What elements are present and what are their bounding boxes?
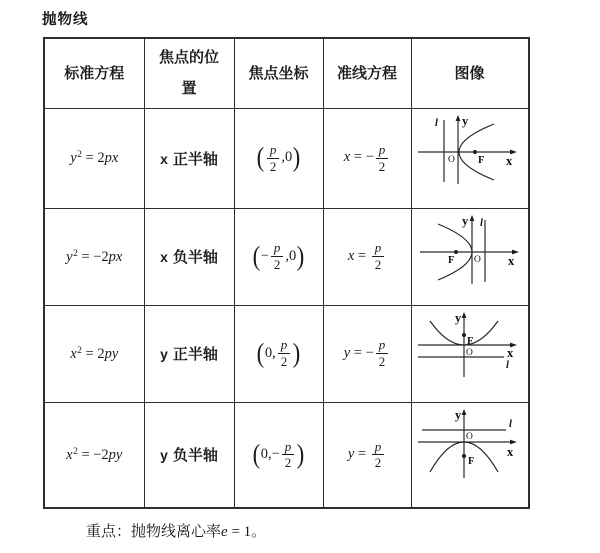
coordinates: (−p2,0) [252,248,306,264]
y-axis-arrow-icon [461,409,466,415]
axis-side: 负半轴 [173,447,218,464]
focus-dot [462,333,466,337]
origin-label: O [448,155,455,165]
focus-label: F [448,255,454,266]
parabola-table: 标准方程 焦点的位置 焦点坐标 准线方程 图像 y2 = 2px x正半轴 (p… [43,37,530,509]
cell-standard-equation: y2 = −2px [44,208,144,305]
focus-dot [462,454,466,458]
y-axis-label: y [462,214,469,228]
cell-directrix-equation: y = −p2 [323,305,411,402]
coordinates: (0,p2) [256,345,301,361]
equation: y2 = −2px [66,249,122,265]
y-axis-arrow-icon [469,215,474,221]
cell-directrix-equation: x = −p2 [323,108,411,208]
x-axis-label: x [507,346,514,360]
origin-label: O [474,255,481,265]
axis-letter: x [160,249,168,265]
focus-label: F [478,155,484,166]
focus-dot [454,250,458,254]
cell-focus-position: x负半轴 [144,208,234,305]
y-axis-arrow-icon [455,115,460,121]
key-point-note: 重点：抛物线离心率e = 1。 [86,520,600,541]
cell-focus-coordinates: (−p2,0) [234,208,323,305]
parabola-graph-opens-up: y x l F O [414,311,526,385]
directrix-label: l [435,118,438,129]
axis-side: 负半轴 [173,249,218,266]
header-focus-coordinates: 焦点坐标 [234,38,323,108]
page: 抛物线 标准方程 焦点的位置 焦点坐标 准线方程 图像 y2 = 2px x正半… [0,8,600,541]
origin-label: O [466,348,473,358]
x-axis-label: x [506,154,513,168]
axis-letter: x [160,151,168,167]
table-row: y2 = −2px x负半轴 (−p2,0) x = p2 y l x O F [44,208,529,305]
equation: x = −p2 [344,149,391,165]
cell-standard-equation: y2 = 2px [44,108,144,208]
table-row: y2 = 2px x正半轴 (p2,0) x = −p2 l y x O F [44,108,529,208]
x-axis-label: x [507,445,514,459]
cell-standard-equation: x2 = −2py [44,402,144,508]
directrix-label: l [480,218,483,229]
axis-letter: y [160,447,168,463]
coordinates: (0,−p2) [252,446,306,462]
table-row: x2 = 2py y正半轴 (0,p2) y = −p2 y x l F O [44,305,529,402]
header-graph: 图像 [411,38,529,108]
y-axis-label: y [462,114,469,128]
header-directrix-equation: 准线方程 [323,38,411,108]
cell-directrix-equation: y = p2 [323,402,411,508]
focus-label: F [468,456,474,467]
table-row: x2 = −2py y负半轴 (0,−p2) y = p2 y l x F O [44,402,529,508]
axis-side: 正半轴 [173,151,218,168]
cell-graph: l y x O F [411,108,529,208]
cell-focus-coordinates: (0,p2) [234,305,323,402]
axis-side: 正半轴 [173,346,218,363]
parabola-graph-opens-down: y l x F O [414,408,526,484]
cell-focus-position: x正半轴 [144,108,234,208]
focus-dot [473,150,477,154]
cell-focus-coordinates: (p2,0) [234,108,323,208]
parabola-graph-opens-left: y l x O F [414,214,526,288]
axis-letter: y [160,346,168,362]
cell-graph: y l x O F [411,208,529,305]
header-focus-position: 焦点的位置 [144,38,234,108]
y-axis-label: y [455,408,462,422]
x-axis-arrow-icon [510,439,517,444]
note-text: 重点：抛物线离心率e = 1。 [86,524,266,540]
cell-focus-position: y正半轴 [144,305,234,402]
coordinates: (p2,0) [256,149,301,165]
equation: x2 = −2py [66,447,122,463]
cell-graph: y x l F O [411,305,529,402]
directrix-label: l [509,419,512,430]
equation: y2 = 2px [70,150,118,166]
page-title: 抛物线 [42,8,600,29]
origin-label: O [466,432,473,442]
equation: y = p2 [348,446,386,462]
equation: y = −p2 [344,345,391,361]
y-axis-arrow-icon [461,312,466,318]
cell-focus-coordinates: (0,−p2) [234,402,323,508]
directrix-label: l [506,360,509,371]
cell-directrix-equation: x = p2 [323,208,411,305]
cell-focus-position: y负半轴 [144,402,234,508]
header-row: 标准方程 焦点的位置 焦点坐标 准线方程 图像 [44,38,529,108]
cell-standard-equation: x2 = 2py [44,305,144,402]
focus-label: F [467,336,473,347]
x-axis-label: x [508,254,515,268]
header-standard-equation: 标准方程 [44,38,144,108]
equation: x2 = 2py [70,346,118,362]
equation: x = p2 [348,248,386,264]
y-axis-label: y [455,311,462,325]
cell-graph: y l x F O [411,402,529,508]
parabola-graph-opens-right: l y x O F [414,114,526,188]
